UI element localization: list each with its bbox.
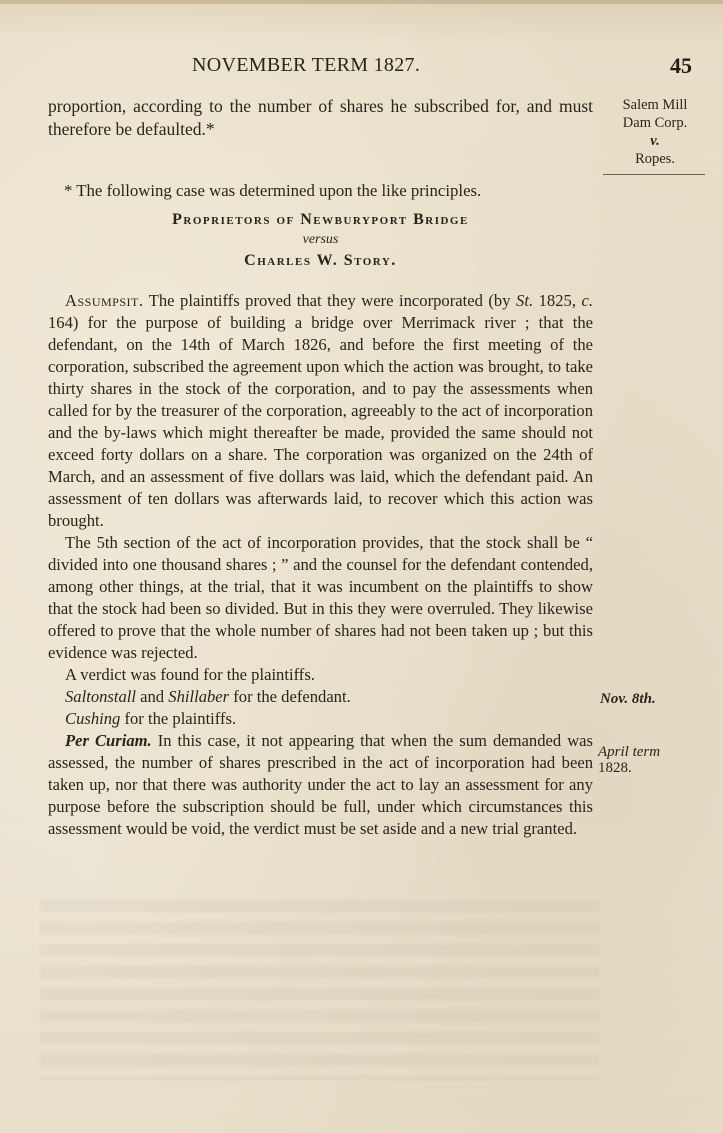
- book-page: NOVEMBER TERM 1827. 45 proportion, accor…: [0, 0, 723, 1133]
- paragraph-plaintiff-counsel: Cushing for the plaintiffs.: [48, 708, 593, 730]
- margin-case-line2: Dam Corp.: [600, 114, 710, 132]
- paragraph-fifth-section: The 5th section of the act of incorporat…: [48, 532, 593, 664]
- case-report: Assumpsit. The plaintiffs proved that th…: [48, 290, 593, 840]
- running-title: NOVEMBER TERM 1827.: [192, 54, 420, 77]
- margin-case-line3: Ropes.: [600, 150, 710, 168]
- show-through-text: [40, 900, 600, 1080]
- margin-date-april: April term 1828.: [598, 744, 660, 776]
- margin-divider: [603, 174, 705, 175]
- margin-date-nov: Nov. 8th.: [600, 690, 656, 708]
- lead-paragraph: proportion, according to the number of s…: [48, 95, 593, 141]
- page-top-edge: [0, 0, 723, 4]
- paragraph-verdict: A verdict was found for the plaintiffs.: [48, 664, 593, 686]
- paragraph-facts: Assumpsit. The plaintiffs proved that th…: [48, 290, 593, 532]
- assumpsit-label: Assumpsit.: [65, 291, 144, 310]
- margin-case-versus: v.: [600, 132, 710, 150]
- paragraph-defense-counsel: Saltonstall and Shillaber for the defend…: [48, 686, 593, 708]
- margin-case-line1: Salem Mill: [600, 96, 710, 114]
- case-defendant: Charles W. Story.: [48, 252, 593, 270]
- running-head: NOVEMBER TERM 1827. 45: [0, 52, 723, 82]
- case-versus: versus: [48, 232, 593, 248]
- margin-case-citation: Salem Mill Dam Corp. v. Ropes.: [600, 96, 710, 168]
- page-number: 45: [670, 53, 692, 79]
- paragraph-per-curiam: Per Curiam. In this case, it not appeari…: [48, 730, 593, 840]
- footnote-intro: * The following case was determined upon…: [64, 180, 604, 202]
- case-plaintiff: Proprietors of Newburyport Bridge: [48, 211, 593, 229]
